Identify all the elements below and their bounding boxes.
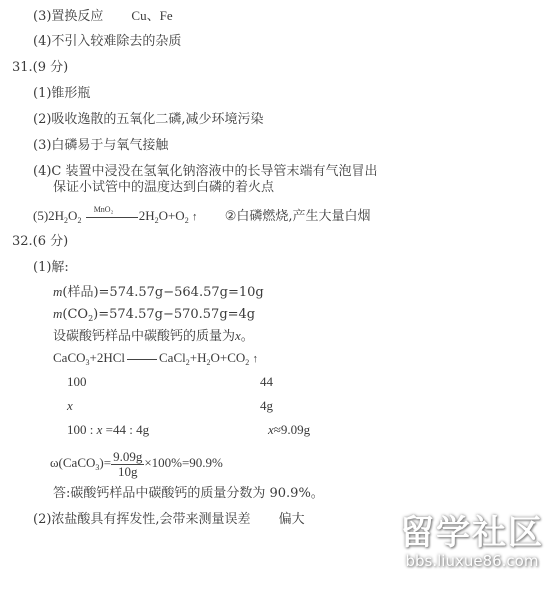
unknown-mass: x [67, 398, 73, 414]
watermark-title: 留学社区 [400, 514, 544, 552]
q31-part-4b: 保证小试管中的温度达到白磷的着火点 [53, 180, 274, 196]
answer-label: (3)置换反应 [33, 9, 103, 24]
q31-part-5-equation: (5)2H2O2 MnO₂2H2O+O2 ↑ ②白磷燃烧,产生大量白烟 [33, 208, 370, 229]
result-x: x≈9.09g [268, 422, 310, 438]
reaction-equation: CaCO3+2HClCaCl2+H2O+CO2 ↑ [53, 350, 258, 371]
fraction: 9.09g10g [111, 450, 144, 479]
final-answer: 答:碳酸钙样品中碳酸钙的质量分数为 90.9%。 [53, 486, 324, 502]
gas-up-arrow-icon: ↑ [253, 353, 259, 365]
calc-sample-mass: m(样品)=574.57g−564.57g=10g [53, 284, 264, 301]
gas-up-arrow-icon: ↑ [192, 211, 198, 223]
answer-line-3: (3)置换反应Cu、Fe [33, 8, 173, 25]
q31-part-4a: (4)C 装置中浸没在氢氧化钠溶液中的长导管末端有气泡冒出 [33, 164, 378, 180]
answer-line-4: (4)不引入较难除去的杂质 [33, 34, 181, 50]
question-32-header: 32.(6 分) [12, 234, 68, 250]
q32-part-2-answer: 偏大 [279, 512, 305, 527]
equals-line [127, 359, 157, 360]
q31-part-5-observation: ②白磷燃烧,产生大量白烟 [225, 209, 371, 224]
co2-mass: 4g [260, 398, 273, 414]
proportion: 100 : x =44 : 4g [67, 422, 149, 438]
molar-mass-caco3: 100 [67, 374, 87, 390]
molar-mass-co2: 44 [260, 374, 273, 390]
watermark-url: bbs.liuxue86.com [400, 552, 544, 570]
q32-part-1-label: (1)解: [33, 260, 69, 276]
question-31-header: 31.(9 分) [12, 60, 68, 76]
watermark: 留学社区 bbs.liuxue86.com [400, 514, 544, 570]
calc-co2-mass: m(CO2)=574.57g−570.57g=4g [53, 306, 255, 327]
q31-part-3: (3)白磷易于与氧气接触 [33, 138, 168, 154]
q31-part-1: (1)锥形瓶 [33, 86, 90, 102]
reaction-arrow: MnO₂ [86, 210, 138, 224]
catalyst-label: MnO₂ [94, 202, 114, 218]
q31-part-2: (2)吸收逸散的五氧化二磷,减少环境污染 [33, 112, 264, 128]
q32-part-2: (2)浓盐酸具有挥发性,会带来测量误差偏大 [33, 512, 305, 528]
answer-value: Cu、Fe [131, 8, 172, 23]
assumption: 设碳酸钙样品中碳酸钙的质量为x。 [53, 328, 254, 345]
mass-fraction-formula: ω(CaCO3)=9.09g10g×100%=90.9% [50, 448, 223, 483]
